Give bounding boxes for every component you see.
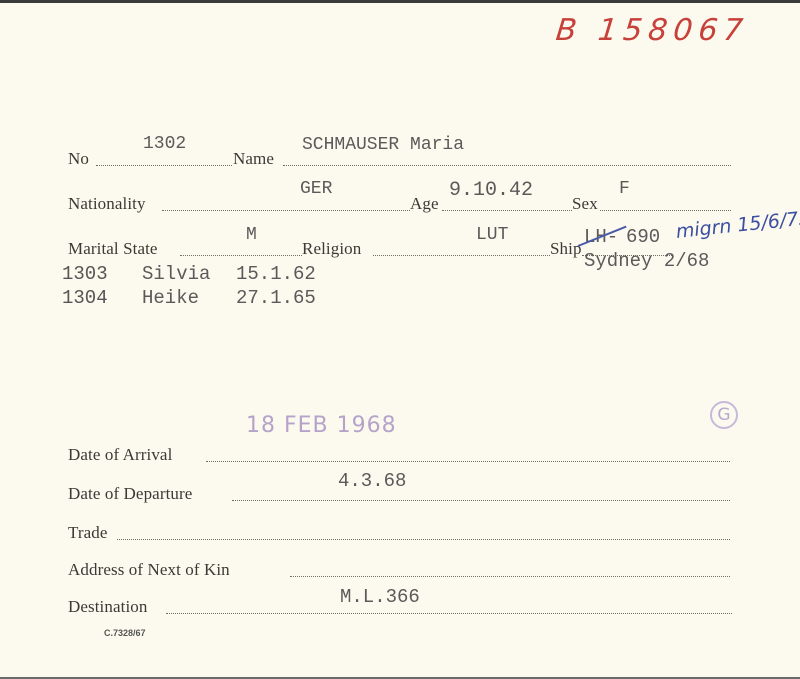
ship-value: 690	[626, 226, 660, 248]
trade-dotted-line	[117, 539, 730, 540]
marital-state-label: Marital State	[68, 239, 158, 259]
name-value: SCHMAUSER Maria	[302, 135, 464, 155]
marital-state-dotted-line	[180, 255, 302, 256]
child-2-no: 1304	[62, 287, 108, 309]
nationality-label: Nationality	[68, 194, 146, 214]
destination-dotted-line	[166, 613, 732, 614]
reference-number: B 158067	[554, 13, 750, 48]
destination-label: Destination	[68, 597, 147, 617]
date-of-arrival-dotted-line	[206, 461, 730, 462]
date-of-departure-dotted-line	[232, 500, 730, 501]
handwritten-migration-note: migrn 15/6/75	[675, 207, 800, 243]
marital-state-value: M	[246, 225, 257, 245]
sex-value: F	[619, 179, 630, 199]
destination-value: M.L.366	[340, 586, 420, 608]
age-dotted-line	[442, 210, 572, 211]
address-next-of-kin-dotted-line	[290, 576, 730, 577]
age-label: Age	[410, 194, 439, 214]
arrival-date-stamp: 18 FEB 1968	[246, 413, 397, 438]
child-1-no: 1303	[62, 263, 108, 285]
ship-label: Ship	[550, 239, 582, 259]
child-2-name: Heike	[142, 287, 199, 309]
name-label: Name	[233, 149, 274, 169]
age-value: 9.10.42	[449, 179, 533, 202]
ship-value-line2: Sydney 2/68	[584, 250, 709, 272]
no-label: No	[68, 149, 89, 169]
form-code: C.7328/67	[104, 628, 146, 638]
trade-label: Trade	[68, 523, 108, 543]
date-of-departure-value: 4.3.68	[338, 470, 406, 492]
child-1-name: Silvia	[142, 263, 210, 285]
no-dotted-line	[96, 165, 232, 166]
date-of-arrival-label: Date of Arrival	[68, 445, 172, 465]
name-dotted-line	[283, 165, 731, 166]
g-circle-stamp: G	[710, 401, 738, 429]
address-next-of-kin-label: Address of Next of Kin	[68, 560, 230, 580]
religion-label: Religion	[302, 239, 361, 259]
immigration-record-card: B 158067 No 1302 Name SCHMAUSER Maria Na…	[0, 0, 800, 679]
no-value: 1302	[143, 134, 186, 154]
child-1-dob: 15.1.62	[236, 263, 316, 285]
religion-dotted-line	[373, 255, 550, 256]
religion-value: LUT	[476, 225, 508, 245]
sex-dotted-line	[600, 210, 731, 211]
nationality-value: GER	[300, 179, 332, 199]
date-of-departure-label: Date of Departure	[68, 484, 192, 504]
sex-label: Sex	[572, 194, 598, 214]
child-2-dob: 27.1.65	[236, 287, 316, 309]
nationality-dotted-line	[162, 210, 410, 211]
